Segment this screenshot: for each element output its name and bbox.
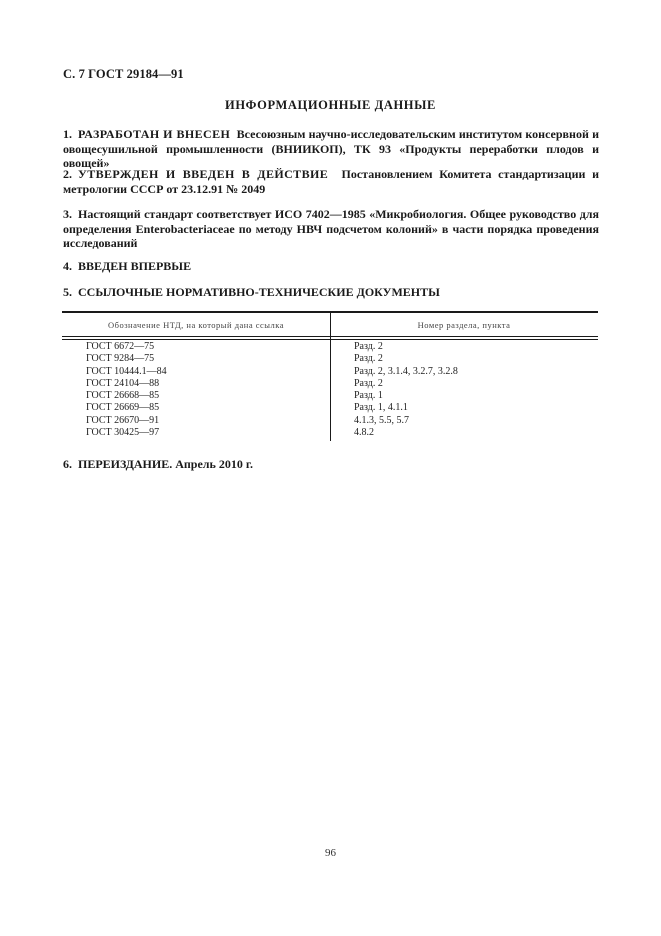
table-cell-section: Разд. 1, 4.1.1 xyxy=(354,402,458,414)
table-cell-document: ГОСТ 9284—75 xyxy=(86,353,167,365)
section-column: Разд. 2 Разд. 2 Разд. 2, 3.1.4, 3.2.7, 3… xyxy=(354,341,458,439)
table-column-divider xyxy=(330,313,331,441)
info-item-reference-docs: 5.ССЫЛОЧНЫЕ НОРМАТИВНО-ТЕХНИЧЕСКИЕ ДОКУМ… xyxy=(63,285,599,300)
item-number: 4. xyxy=(63,259,78,274)
table-cell-section: 4.8.2 xyxy=(354,427,458,439)
item-lead: ПЕРЕИЗДАНИЕ. xyxy=(78,457,172,471)
item-number: 5. xyxy=(63,285,78,300)
page-number: 96 xyxy=(0,847,661,859)
info-item-first-introduced: 4.ВВЕДЕН ВПЕРВЫЕ xyxy=(63,259,599,274)
item-lead: ВВЕДЕН ВПЕРВЫЕ xyxy=(78,259,191,273)
table-cell-document: ГОСТ 26668—85 xyxy=(86,390,167,402)
info-item-approved: 2.УТВЕРЖДЕН И ВВЕДЕН В ДЕЙСТВИЕ Постанов… xyxy=(63,167,599,196)
table-cell-section: Разд. 2, 3.1.4, 3.2.7, 3.2.8 xyxy=(354,366,458,378)
item-text: Апрель 2010 г. xyxy=(175,457,253,471)
info-item-developed: 1.РАЗРАБОТАН И ВНЕСЕН Всесоюзным научно-… xyxy=(63,127,599,171)
item-number: 1. xyxy=(63,127,78,142)
table-cell-document: ГОСТ 26669—85 xyxy=(86,402,167,414)
info-item-reissue: 6.ПЕРЕИЗДАНИЕ. Апрель 2010 г. xyxy=(63,457,599,472)
table-cell-section: Разд. 1 xyxy=(354,390,458,402)
column-header-section: Номер раздела, пункта xyxy=(330,320,598,330)
table-cell-document: ГОСТ 24104—88 xyxy=(86,378,167,390)
document-column: ГОСТ 6672—75 ГОСТ 9284—75 ГОСТ 10444.1—8… xyxy=(86,341,167,439)
table-cell-document: ГОСТ 6672—75 xyxy=(86,341,167,353)
item-number: 6. xyxy=(63,457,78,472)
item-number: 2. xyxy=(63,167,78,182)
table-cell-document: ГОСТ 30425—97 xyxy=(86,427,167,439)
table-cell-document: ГОСТ 26670—91 xyxy=(86,415,167,427)
table-cell-section: 4.1.3, 5.5, 5.7 xyxy=(354,415,458,427)
item-text: Настоящий стандарт соответствует ИСО 740… xyxy=(63,207,599,250)
info-item-iso-correspondence: 3.Настоящий стандарт соответствует ИСО 7… xyxy=(63,207,599,251)
item-lead: РАЗРАБОТАН И ВНЕСЕН xyxy=(78,127,230,141)
item-number: 3. xyxy=(63,207,78,222)
table-cell-document: ГОСТ 10444.1—84 xyxy=(86,366,167,378)
section-title: ИНФОРМАЦИОННЫЕ ДАННЫЕ xyxy=(0,98,661,113)
table-cell-section: Разд. 2 xyxy=(354,378,458,390)
table-cell-section: Разд. 2 xyxy=(354,353,458,365)
item-lead: УТВЕРЖДЕН И ВВЕДЕН В ДЕЙСТВИЕ xyxy=(78,167,328,181)
column-header-document: Обозначение НТД, на который дана ссылка xyxy=(62,320,330,330)
page-header: С. 7 ГОСТ 29184—91 xyxy=(63,67,184,82)
table-cell-section: Разд. 2 xyxy=(354,341,458,353)
item-lead: ССЫЛОЧНЫЕ НОРМАТИВНО-ТЕХНИЧЕСКИЕ ДОКУМЕН… xyxy=(78,285,440,299)
